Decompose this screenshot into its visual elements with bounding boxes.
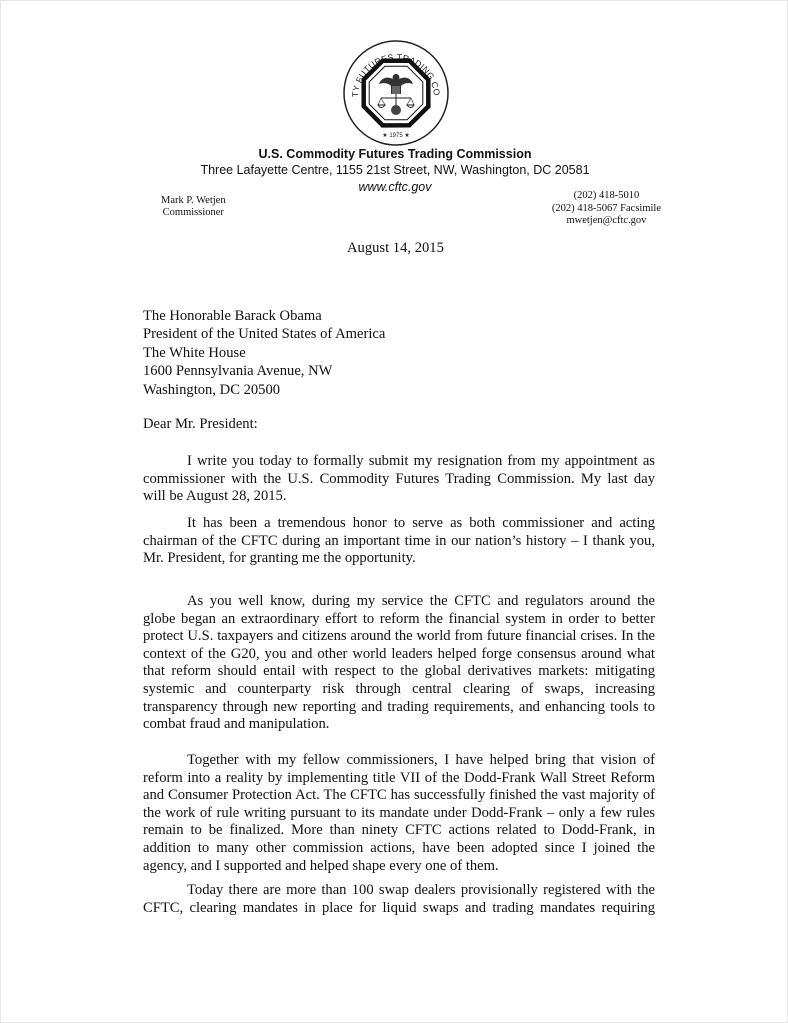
- recipient-line: President of the United States of Americ…: [143, 325, 385, 343]
- paragraph: I write you today to formally submit my …: [143, 453, 655, 506]
- contact-fax: (202) 418-5067 Facsimile: [552, 203, 661, 216]
- recipient-line: 1600 Pennsylvania Avenue, NW: [143, 362, 385, 380]
- letter-page: COMMODITY FUTURES TRADING COMMISSION ★ 1…: [0, 0, 788, 1023]
- paragraph: As you well know, during my service the …: [143, 593, 655, 734]
- organization-address: Three Lafayette Centre, 1155 21st Street…: [1, 162, 788, 178]
- recipient-address: The Honorable Barack Obama President of …: [143, 307, 385, 399]
- letterhead: U.S. Commodity Futures Trading Commissio…: [1, 147, 788, 195]
- paragraph: Together with my fellow commissioners, I…: [143, 752, 655, 875]
- contact-phone: (202) 418-5010: [552, 190, 661, 203]
- contact-email: mwetjen@cftc.gov: [552, 215, 661, 228]
- recipient-line: The Honorable Barack Obama: [143, 307, 385, 325]
- paragraph: It has been a tremendous honor to serve …: [143, 515, 655, 568]
- svg-text:★ 1975 ★: ★ 1975 ★: [382, 132, 409, 139]
- salutation: Dear Mr. President:: [143, 415, 258, 433]
- cftc-seal-logo: COMMODITY FUTURES TRADING COMMISSION ★ 1…: [341, 38, 451, 148]
- sender-title: Commissioner: [161, 207, 226, 219]
- recipient-line: Washington, DC 20500: [143, 381, 385, 399]
- contact-block: (202) 418-5010 (202) 418-5067 Facsimile …: [552, 190, 661, 228]
- organization-name: U.S. Commodity Futures Trading Commissio…: [1, 147, 788, 162]
- paragraph: Today there are more than 100 swap deale…: [143, 882, 655, 917]
- letter-date: August 14, 2015: [347, 239, 444, 257]
- sender-name: Mark P. Wetjen: [161, 195, 226, 207]
- sender-block: Mark P. Wetjen Commissioner: [161, 195, 226, 219]
- seal-icon: COMMODITY FUTURES TRADING COMMISSION ★ 1…: [341, 38, 451, 148]
- organization-website: www.cftc.gov: [1, 179, 788, 195]
- recipient-line: The White House: [143, 344, 385, 362]
